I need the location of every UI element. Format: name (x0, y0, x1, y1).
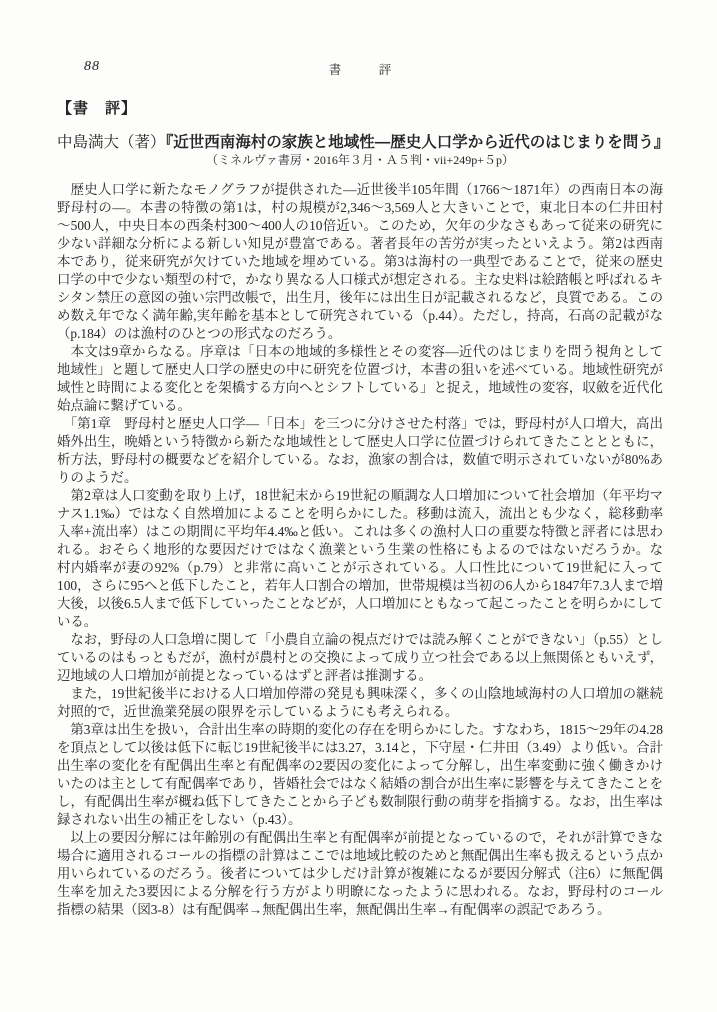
body-line: 「第1章 野母村と歴史人口学―「日本」を三つに分けさせた村落」では，野母村が人口… (57, 415, 663, 433)
paragraph: 「第1章 野母村と歴史人口学―「日本」を三つに分けさせた村落」では，野母村が人口… (57, 415, 663, 487)
body-line: 場合に適用されるコールの指標の計算はここでは地域比較のためと無配偶出生率も扱える… (57, 847, 663, 865)
body-line: 第2章は人口変動を取り上げ，18世紀末から19世紀の順調な人口増加について社会増… (57, 487, 663, 505)
body-line: め数え年でなく満年齢,実年齢を基本として研究されている（p.44）。ただし，持高… (57, 307, 663, 325)
body-line: 辺地域の人口増加が前提となっているはずと評者は推測する。 (57, 667, 663, 685)
body-line: 野母村の―。本書の特徴の第1は，村の規模が2,346～3,569人と大きいことで… (57, 199, 663, 217)
body-text: 歴史人口学に新たなモノグラフが提供された―近世後半105年間（1766～1871… (57, 181, 663, 919)
body-line: 村内婚率が妻の92%（p.79）と非常に高いことが示されている。人口性比について… (57, 559, 663, 577)
body-line: ナス1.1‰）ではなく自然増加によることを明らかにした。移動は流入，流出とも少な… (57, 505, 663, 523)
body-line: を頂点として以後は低下に転じ19世紀後半には3.27，3.14と，下守屋・仁井田… (57, 739, 663, 757)
body-line: 析方法，野母村の概要などを紹介している。なお，漁家の割合は，数値で明示されていな… (57, 451, 663, 469)
body-line: 口学の中で少ない類型の村で，かなり異なる人口様式が想定される。主な史料は絵踏帳と… (57, 271, 663, 289)
body-line: 第3章は出生を扱い，合計出生率の時期的変化の存在を明らかにした。すなわち，181… (57, 721, 663, 739)
body-line: 婚外出生，晩婚という特徴から新たな地域性として歴史人口学に位置づけられてきたこと… (57, 433, 663, 451)
body-line: 地域性」と題して歴史人口学の歴史の中に研究を位置づけ，本書の狙いを述べている。地… (57, 361, 663, 379)
body-line: 出生率の変化を有配偶出生率と有配偶率の2要因の変化によって分解し，出生率変動に強… (57, 757, 663, 775)
publication-info: （ミネルヴァ書房・2016年３月・Ａ５判・vii+249p+５p） (57, 151, 663, 166)
body-line: （p.184）のは漁村のひとつの形式なのだろう。 (57, 325, 663, 343)
body-line: 生率を加えた3要因による分解を行う方がより明瞭になったように思われる。なお，野母… (57, 883, 663, 901)
author-name: 中島満大（著） (57, 134, 166, 151)
body-line: れる。おそらく地形的な要因だけではなく漁業という生業の性格にもよるのではないだろ… (57, 541, 663, 559)
body-line: 以上の要因分解には年齢別の有配偶出生率と有配偶率が前提となっているので，それが計… (57, 829, 663, 847)
paragraph: 第2章は人口変動を取り上げ，18世紀末から19世紀の順調な人口増加について社会増… (57, 487, 663, 631)
body-line: 大後，以後6.5人まで低下していったことなどが，人口増加にともなって起こったこと… (57, 595, 663, 613)
running-title: 書 評 (57, 60, 663, 78)
body-line: 本であり，従来研究が欠けていた地域を埋めている。第3は海村の一典型であることで，… (57, 253, 663, 271)
paragraph: また，19世紀後半における人口増加停滞の発見も興味深く，多くの山陰地域海村の人口… (57, 685, 663, 721)
book-review-page: 88 書 評 【書 評】 中島満大（著）『近世西南海村の家族と地域性―歴史人口学… (0, 0, 717, 1012)
running-header: 88 書 評 (57, 59, 663, 76)
body-line: いたのは主として有配偶率であり，皆婚社会ではなく結婚の割合が出生率に影響を与えて… (57, 775, 663, 793)
paragraph: 以上の要因分解には年齢別の有配偶出生率と有配偶率が前提となっているので，それが計… (57, 829, 663, 919)
body-line: 用いられているのだろう。後者については少しだけ計算が複雑になるが要因分解式（注6… (57, 865, 663, 883)
body-line: 始点論に繋げている。 (57, 397, 663, 415)
body-line: いる。 (57, 613, 663, 631)
body-line: し，有配偶出生率が概ね低下してきたことから子ども数制限行動の萌芽を指摘する。なお… (57, 793, 663, 811)
body-line: 少ない詳細な分析による新しい知見が豊富である。著者長年の苦労が実ったといえよう。… (57, 235, 663, 253)
body-line: りのようだ。 (57, 469, 663, 487)
book-title: 『近世西南海村の家族と地域性―歴史人口学から近代のはじまりを問う』 (166, 134, 670, 151)
body-line: 入率+流出率）はこの期間に平均年4.4‰と低い。これは多くの漁村人口の重要な特徴… (57, 523, 663, 541)
body-line: ているのはもっともだが，漁村が農村との交換によって成り立つ社会である以上無関係と… (57, 649, 663, 667)
paragraph: 本文は9章からなる。序章は「日本の地域的多様性とその変容―近代のはじまりを問う視… (57, 343, 663, 415)
paragraph: なお，野母の人口急増に関して「小農自立論の視点だけでは読み解くことができない」（… (57, 631, 663, 685)
body-line: シタン禁圧の意図の強い宗門改帳で，出生月，後年には出生日が記載されるなど，良質で… (57, 289, 663, 307)
body-line: ～500人，中央日本の西条村300～400人の10倍近い。このため，欠年の少なさ… (57, 217, 663, 235)
body-line: 本文は9章からなる。序章は「日本の地域的多様性とその変容―近代のはじまりを問う視… (57, 343, 663, 361)
body-line: 指標の結果（図3-8）は有配偶率→無配偶出生率，無配偶出生率→有配偶率の誤記であ… (57, 901, 663, 919)
body-line: また，19世紀後半における人口増加停滞の発見も興味深く，多くの山陰地域海村の人口… (57, 685, 663, 703)
body-line: 域性と時間による変化とを架橋する方向へとシフトしている」と捉え，地域性の変容，収… (57, 379, 663, 397)
body-line: なお，野母の人口急増に関して「小農自立論の視点だけでは読み解くことができない」（… (57, 631, 663, 649)
body-line: 録されない出生の補正をしない（p.43）。 (57, 811, 663, 829)
paragraph: 歴史人口学に新たなモノグラフが提供された―近世後半105年間（1766～1871… (57, 181, 663, 343)
body-line: 歴史人口学に新たなモノグラフが提供された―近世後半105年間（1766～1871… (57, 181, 663, 199)
paragraph: 第3章は出生を扱い，合計出生率の時期的変化の存在を明らかにした。すなわち，181… (57, 721, 663, 829)
book-title-heading: 中島満大（著）『近世西南海村の家族と地域性―歴史人口学から近代のはじまりを問う』 (57, 130, 663, 148)
body-line: 対照的で，近世漁業発展の限界を示しているようにも考えられる。 (57, 703, 663, 721)
section-label: 【書 評】 (57, 97, 663, 115)
body-line: 100，さらに95へと低下したこと，若年人口割合の増加，世帯規模は当初の6人から… (57, 577, 663, 595)
